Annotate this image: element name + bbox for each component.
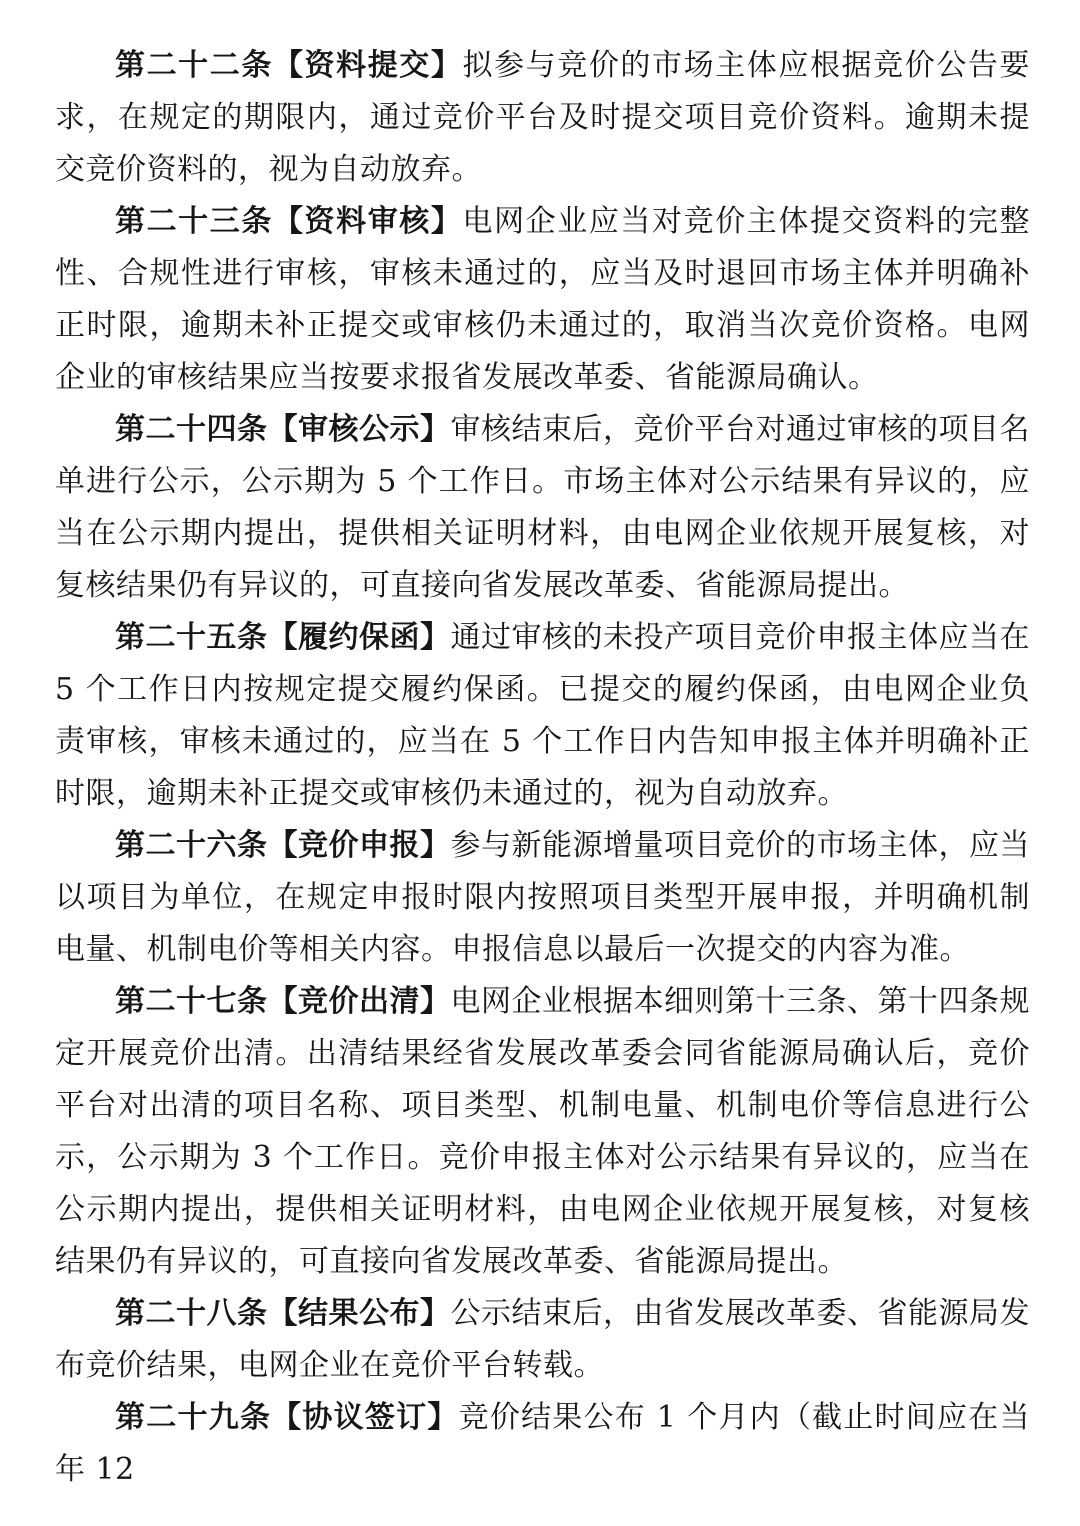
article-27-heading: 第二十七条【竞价出清】 (115, 984, 451, 1019)
article-25-heading: 第二十五条【履约保函】 (115, 620, 451, 655)
article-27-body: 电网企业根据本细则第十三条、第十四条规定开展竞价出清。出清结果经省发展改革委会同… (55, 984, 1030, 1279)
article-24-heading: 第二十四条【审核公示】 (115, 412, 451, 447)
document-page: 第二十二条【资料提交】拟参与竞价的市场主体应根据竞价公告要求，在规定的期限内，通… (0, 0, 1080, 1526)
article-23: 第二十三条【资料审核】电网企业应当对竞价主体提交资料的完整性、合规性进行审核，审… (55, 196, 1030, 404)
article-22: 第二十二条【资料提交】拟参与竞价的市场主体应根据竞价公告要求，在规定的期限内，通… (55, 40, 1030, 196)
article-22-heading: 第二十二条【资料提交】 (115, 48, 462, 83)
article-28: 第二十八条【结果公布】公示结束后，由省发展改革委、省能源局发布竞价结果，电网企业… (55, 1288, 1030, 1392)
article-26-heading: 第二十六条【竞价申报】 (115, 828, 451, 863)
article-26: 第二十六条【竞价申报】参与新能源增量项目竞价的市场主体，应当以项目为单位，在规定… (55, 820, 1030, 976)
article-29: 第二十九条【协议签订】竞价结果公布 1 个月内（截止时间应在当年 12 (55, 1392, 1030, 1496)
article-27: 第二十七条【竞价出清】电网企业根据本细则第十三条、第十四条规定开展竞价出清。出清… (55, 976, 1030, 1288)
article-29-heading: 第二十九条【协议签订】 (115, 1400, 459, 1435)
article-23-heading: 第二十三条【资料审核】 (115, 204, 462, 239)
article-24: 第二十四条【审核公示】审核结束后，竞价平台对通过审核的项目名单进行公示，公示期为… (55, 404, 1030, 612)
article-25: 第二十五条【履约保函】通过审核的未投产项目竞价申报主体应当在 5 个工作日内按规… (55, 612, 1030, 820)
article-28-heading: 第二十八条【结果公布】 (115, 1296, 451, 1331)
